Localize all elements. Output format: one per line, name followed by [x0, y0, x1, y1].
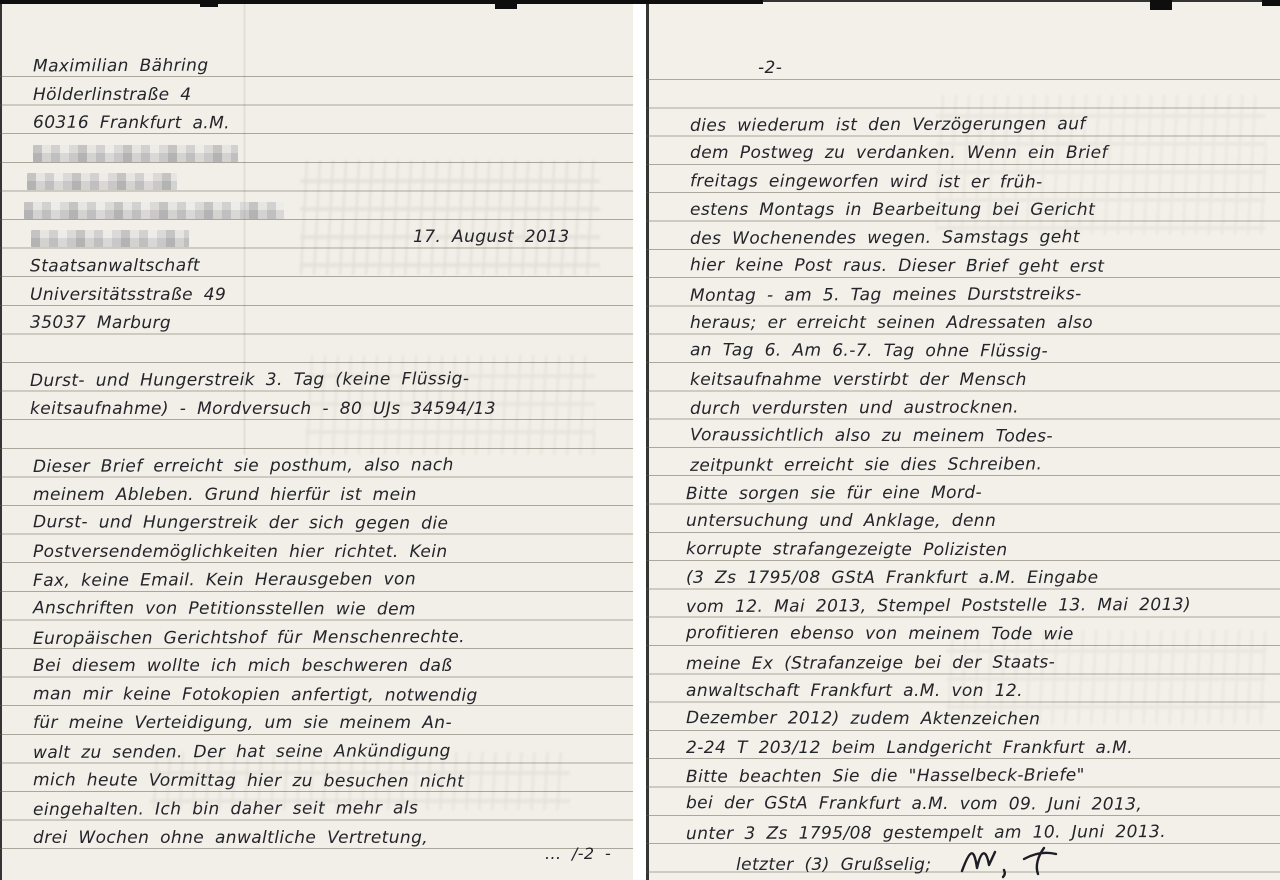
handwritten-line: dies wiederum ist den Verzögerungen auf — [690, 110, 1108, 140]
recipient-address-block: StaatsanwaltschaftUniversitätsstraße 493… — [30, 252, 226, 338]
handwritten-line: vom 12. Mai 2013, Stempel Poststelle 13.… — [686, 591, 1191, 622]
ink-bleed-through — [300, 160, 600, 275]
handwritten-line: Montag - am 5. Tag meines Durststreiks- — [690, 280, 1108, 310]
handwritten-line: (3 Zs 1795/08 GStA Frankfurt a.M. Eingab… — [686, 564, 1191, 592]
handwritten-line: freitags eingeworfen wird ist er früh- — [690, 167, 1108, 197]
letter-page-1: Maximilian BähringHölderlinstraße 460316… — [0, 0, 633, 880]
redacted-line — [27, 173, 177, 190]
handwritten-line: bei der GStA Frankfurt a.M. vom 09. Juni… — [686, 789, 1191, 819]
redacted-line — [24, 202, 284, 219]
handwritten-line: durch verdursten und austrocknen. — [690, 393, 1108, 423]
handwritten-line: an Tag 6. Am 6.-7. Tag ohne Flüssig- — [690, 337, 1108, 367]
scanner-edge-mark — [1150, 0, 1172, 10]
closing-line: letzter (3) Grußselig; — [736, 845, 1068, 875]
handwritten-line: Dieser Brief erreicht sie posthum, also … — [33, 451, 478, 482]
handwritten-line: drei Wochen ohne anwaltliche Vertretung, — [33, 824, 478, 853]
closing-text: letzter (3) Grußselig; — [736, 855, 932, 875]
subject-block: Durst- und Hungerstreik 3. Tag (keine Fl… — [30, 366, 496, 423]
handwritten-line: eingehalten. Ich bin daher seit mehr als — [33, 794, 478, 825]
handwritten-line: Hölderlinstraße 4 — [33, 81, 230, 110]
handwritten-line: anwaltschaft Frankfurt a.M. von 12. — [686, 677, 1191, 705]
letter-body-page1: Dieser Brief erreicht sie posthum, also … — [33, 452, 478, 852]
handwritten-line: zeitpunkt erreicht sie dies Schreiben. — [690, 450, 1108, 480]
handwritten-line: keitsaufnahme verstirbt der Mensch — [690, 366, 1108, 394]
page-number: -2- — [758, 54, 782, 82]
scan-edge-line — [0, 0, 2, 880]
letter-page-2: -2- dies wiederum ist den Verzögerungen … — [646, 0, 1280, 880]
handwritten-line: korrupte strafangezeigte Polizisten — [686, 535, 1191, 565]
handwritten-line: des Wochenendes wegen. Samstags geht — [690, 223, 1108, 253]
letter-body-page2-paragraph2: Bitte sorgen sie für eine Mord-untersuch… — [686, 479, 1191, 847]
handwritten-line: heraus; er erreicht seinen Adressaten al… — [690, 309, 1108, 337]
handwritten-line: 2-24 T 203/12 beim Landgericht Frankfurt… — [686, 734, 1191, 762]
handwritten-line: Durst- und Hungerstreik der sich gegen d… — [33, 508, 478, 538]
scanner-edge-mark — [1262, 0, 1280, 6]
letter-body-page2-paragraph1: dies wiederum ist den Verzögerungen aufd… — [690, 111, 1108, 479]
handwritten-line: dem Postweg zu verdanken. Wenn ein Brief — [690, 139, 1108, 167]
redacted-line — [33, 145, 238, 162]
handwritten-line: Dezember 2012) zudem Aktenzeichen — [686, 704, 1191, 734]
handwritten-line: Staatsanwaltschaft — [30, 252, 226, 281]
handwritten-line: Durst- und Hungerstreik 3. Tag (keine Fl… — [30, 365, 496, 396]
sender-address-block: Maximilian BähringHölderlinstraße 460316… — [33, 52, 230, 138]
handwritten-line: keitsaufnahme) - Mordversuch - 80 UJs 34… — [30, 395, 496, 424]
handwritten-line: man mir keine Fotokopien anfertigt, notw… — [33, 680, 478, 710]
handwritten-line: Bei diesem wollte ich mich beschweren da… — [33, 652, 478, 681]
handwritten-line: 60316 Frankfurt a.M. — [33, 109, 230, 138]
scanned-letter: { "page1": { "sender_lines": ["Maximilia… — [0, 0, 1280, 880]
handwritten-line: untersuchung und Anklage, denn — [686, 507, 1191, 535]
handwritten-line: walt zu senden. Der hat seine Ankündigun… — [33, 737, 478, 768]
scanner-edge-mark — [763, 0, 1280, 2]
scanner-edge-mark — [200, 0, 218, 7]
signature — [958, 840, 1068, 880]
handwritten-line: 35037 Marburg — [30, 309, 226, 338]
handwritten-line: profitieren ebenso von meinem Tode wie — [686, 620, 1191, 650]
scanner-edge-mark — [0, 0, 763, 4]
handwritten-line: Voraussichtlich also zu meinem Todes- — [690, 422, 1108, 452]
handwritten-line: hier keine Post raus. Dieser Brief geht … — [690, 252, 1108, 282]
scan-edge-line — [646, 0, 649, 880]
handwritten-line: Universitätsstraße 49 — [30, 281, 226, 310]
handwritten-line: Bitte beachten Sie die "Hasselbeck-Brief… — [686, 761, 1191, 792]
handwritten-line: Europäischen Gerichtshof für Menschenrec… — [33, 623, 478, 654]
handwritten-line: Postversendemöglichkeiten hier richtet. … — [33, 538, 478, 567]
handwritten-line: meine Ex (Strafanzeige bei der Staats- — [686, 648, 1191, 679]
scanner-edge-mark — [495, 0, 517, 9]
handwritten-line: unter 3 Zs 1795/08 gestempelt am 10. Jun… — [686, 817, 1191, 848]
handwritten-line: mich heute Vormittag hier zu besuchen ni… — [33, 766, 478, 796]
redacted-line — [31, 230, 189, 247]
handwritten-line: Anschriften von Petitionsstellen wie dem — [33, 594, 478, 624]
handwritten-line: Maximilian Bähring — [33, 52, 230, 81]
letter-date: 17. August 2013 — [413, 223, 570, 252]
continuation-mark: ... /-2 - — [545, 840, 611, 868]
handwritten-line: Fax, keine Email. Kein Herausgeben von — [33, 565, 478, 596]
handwritten-line: estens Montags in Bearbeitung bei Gerich… — [690, 196, 1108, 224]
handwritten-line: Bitte sorgen sie für eine Mord- — [686, 478, 1191, 509]
handwritten-line: für meine Verteidigung, um sie meinem An… — [33, 709, 478, 738]
handwritten-line: meinem Ableben. Grund hierfür ist mein — [33, 481, 478, 510]
